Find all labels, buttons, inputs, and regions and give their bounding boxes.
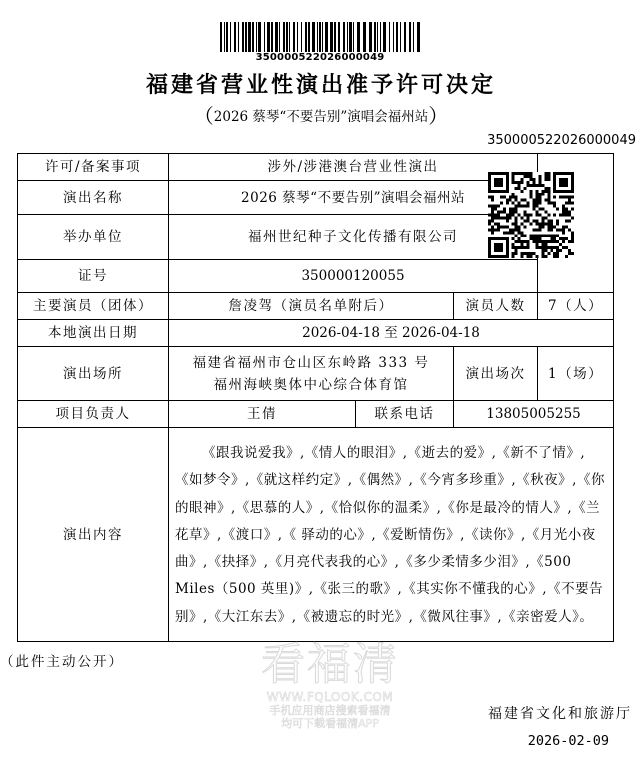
license-no-label: 证号 [18, 260, 169, 293]
contact-phone-label: 联系电话 [356, 401, 454, 428]
issue-date: 2026-02-09 [528, 733, 609, 749]
venue-value: 福建省福州市仓山区东岭路 333 号 福州海峡奥体中心综合体育馆 [169, 347, 454, 401]
venue-address: 福建省福州市仓山区东岭路 333 号 [169, 352, 453, 374]
local-dates-value: 2026-04-18 至 2026-04-18 [169, 320, 614, 347]
project-lead-value: 王倩 [169, 401, 356, 428]
qr-code[interactable] [488, 172, 574, 258]
local-dates-label: 本地演出日期 [18, 320, 169, 347]
venue-name: 福州海峡奥体中心综合体育馆 [169, 374, 453, 396]
organizer-value: 福州世纪种子文化传播有限公司 [169, 215, 538, 260]
permit-type-label: 许可/备案事项 [18, 154, 169, 181]
content-value: 《跟我说爱我》,《情人的眼泪》,《逝去的爱》,《新不了情》,《如梦令》,《就这样… [169, 428, 614, 642]
performer-count-label: 演员人数 [454, 293, 538, 320]
document-number: 350000522026000049 [487, 133, 636, 148]
watermark-url: WWW.FQLOOK.COM [250, 690, 410, 704]
barcode [220, 22, 420, 52]
page-subtitle: （2026 蔡琴“不要告别”演唱会福州站） [0, 100, 642, 129]
page-title: 福建省营业性演出准予许可决定 [0, 68, 642, 99]
public-disclosure-note: （此件主动公开） [0, 650, 124, 670]
watermark-brand: 看福清 [250, 640, 410, 690]
watermark-line1: 手机应用商店搜索看福清 [250, 704, 410, 717]
contact-phone-value: 13805005255 [454, 401, 614, 428]
project-lead-label: 项目负责人 [18, 401, 169, 428]
show-count-value: 1（场） [538, 347, 614, 401]
watermark: 看福清 WWW.FQLOOK.COM 手机应用商店搜索看福清 均可下载看福清AP… [250, 640, 410, 759]
barcode-number: 350000522026000049 [220, 52, 420, 63]
organizer-label: 举办单位 [18, 215, 169, 260]
show-count-label: 演出场次 [454, 347, 538, 401]
show-name-label: 演出名称 [18, 181, 169, 215]
main-performer-value: 詹凌驾（演员名单附后） [169, 293, 454, 320]
subtitle-close-paren: ） [428, 104, 448, 128]
issuing-authority: 福建省文化和旅游厅 [488, 703, 632, 723]
show-name-value: 2026 蔡琴“不要告别”演唱会福州站 [169, 181, 538, 215]
watermark-line2: 均可下载看福清APP [250, 717, 410, 730]
subtitle-open-paren: （ [194, 104, 214, 128]
main-performer-label: 主要演员（团体） [18, 293, 169, 320]
license-no-value: 350000120055 [169, 260, 538, 293]
permit-type-value: 涉外/涉港澳台营业性演出 [169, 154, 538, 181]
subtitle-text: 2026 蔡琴“不要告别”演唱会福州站 [214, 109, 428, 125]
venue-label: 演出场所 [18, 347, 169, 401]
content-label: 演出内容 [18, 428, 169, 642]
qr-code-icon [488, 172, 574, 258]
performer-count-value: 7（人） [538, 293, 614, 320]
